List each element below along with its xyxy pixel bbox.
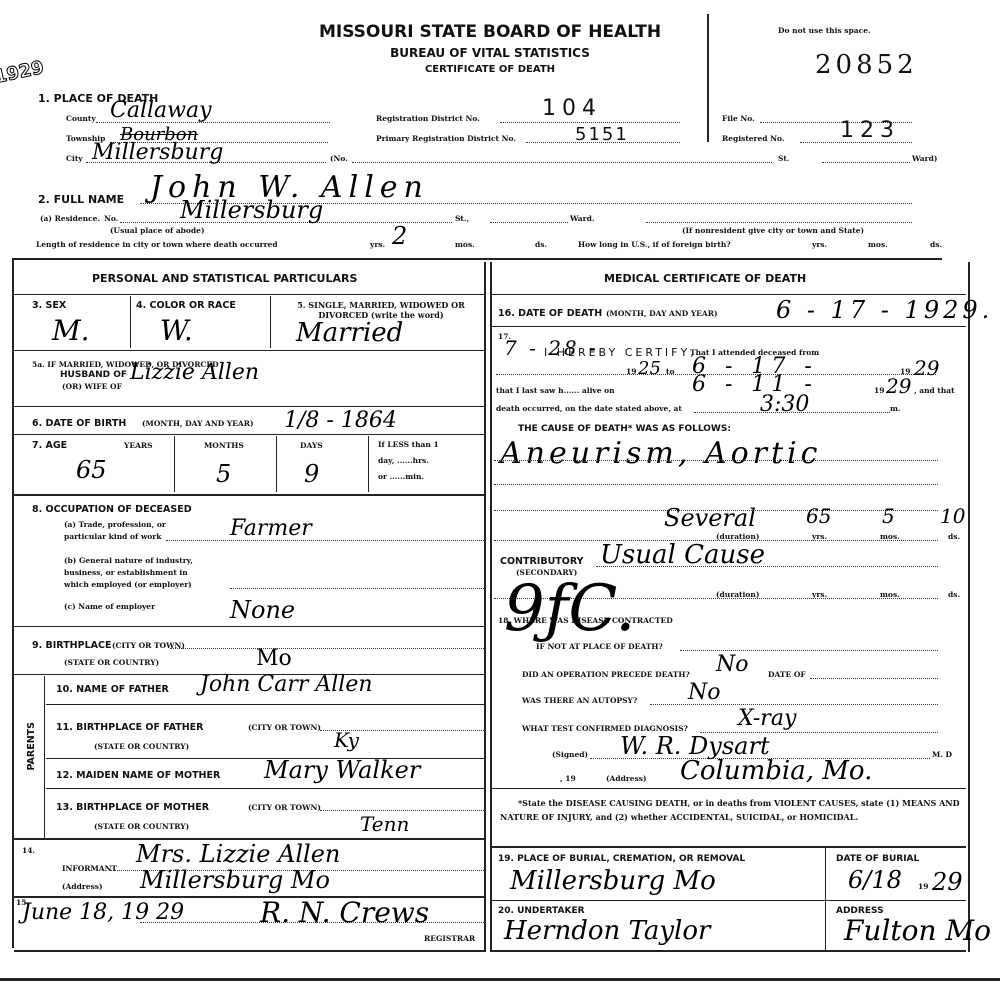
birthplace-state-value: Mo bbox=[256, 646, 292, 671]
years-label: YEARS bbox=[124, 441, 153, 450]
physician-address-label: (Address) bbox=[606, 774, 647, 783]
father-birthplace-label: 11. BIRTHPLACE OF FATHER bbox=[56, 722, 204, 733]
do-not-use-label: Do not use this space. bbox=[778, 26, 871, 35]
mother-birthplace-sub: (CITY OR TOWN) bbox=[248, 803, 321, 812]
from-year-label: 19 bbox=[626, 367, 636, 376]
industry-label-3: which employed (or employer) bbox=[64, 580, 192, 589]
md-label: M. D bbox=[932, 750, 952, 759]
duration-value: Several bbox=[664, 504, 756, 532]
sex-label: 3. SEX bbox=[32, 300, 66, 311]
less-than-label-3: or ......min. bbox=[378, 472, 424, 481]
mother-value: Mary Walker bbox=[264, 756, 420, 784]
dod-sub-label: (MONTH, DAY AND YEAR) bbox=[606, 309, 718, 318]
informant-name: Mrs. Lizzie Allen bbox=[136, 840, 340, 868]
years-value: 65 bbox=[76, 456, 107, 484]
parents-side-label: PARENTS bbox=[26, 722, 37, 771]
no-label: (No. bbox=[330, 154, 348, 163]
reg-district-label: Registration District No. bbox=[376, 114, 480, 123]
days-label: DAYS bbox=[300, 441, 323, 450]
duration-ds: 10 bbox=[940, 504, 965, 528]
dob-label: 6. DATE OF BIRTH bbox=[32, 418, 126, 429]
informant-number: 14. bbox=[22, 846, 35, 855]
signature-mark: 9ƒC. bbox=[504, 572, 635, 646]
nonresident-note: (If nonresident give city or town and St… bbox=[682, 226, 864, 235]
father-state-value: Ky bbox=[334, 728, 359, 752]
ds-label-2: ds. bbox=[948, 590, 960, 599]
medical-section-title: MEDICAL CERTIFICATE OF DEATH bbox=[604, 272, 806, 285]
father-state-label: (STATE OR COUNTRY) bbox=[94, 742, 189, 751]
days-value: 9 bbox=[304, 460, 319, 488]
residence-value: Millersburg bbox=[180, 196, 323, 224]
physician-address: Columbia, Mo. bbox=[680, 756, 872, 786]
bureau-title: BUREAU OF VITAL STATISTICS bbox=[270, 46, 710, 60]
autopsy-value: No bbox=[688, 680, 721, 705]
informant-label: INFORMANT bbox=[62, 864, 117, 873]
if-not-label: IF NOT AT PLACE OF DEATH? bbox=[536, 642, 663, 651]
and-that-label: , and that bbox=[914, 386, 955, 395]
birthplace-label: 9. BIRTHPLACE bbox=[32, 640, 111, 651]
full-name-label: 2. FULL NAME bbox=[38, 193, 124, 206]
father-value: John Carr Allen bbox=[200, 672, 373, 697]
usual-place-label: (Usual place of abode) bbox=[110, 226, 205, 235]
sex-value: M. bbox=[52, 314, 90, 347]
attended-from: 7 - 28 - bbox=[504, 336, 599, 360]
burial-place-label: 19. PLACE OF BURIAL, CREMATION, OR REMOV… bbox=[498, 854, 745, 864]
duration-mos: 5 bbox=[882, 504, 895, 528]
registered-no-label: Registered No. bbox=[722, 134, 784, 143]
file-no-label: File No. bbox=[722, 114, 755, 123]
trade-label-2: particular kind of work bbox=[64, 532, 161, 541]
industry-label-1: (b) General nature of industry, bbox=[64, 556, 193, 565]
mother-birthplace-label: 13. BIRTHPLACE OF MOTHER bbox=[56, 802, 209, 813]
reg-district-value: 104 bbox=[542, 96, 602, 121]
last-saw-year-label: 19 bbox=[874, 386, 884, 395]
trade-label-1: (a) Trade, profession, or bbox=[64, 520, 166, 529]
undertaker-label: 20. UNDERTAKER bbox=[498, 906, 585, 916]
where-contracted-label: 18. WHERE WAS DISEASE CONTRACTED bbox=[498, 616, 673, 625]
last-saw-label: that I last saw h...... alive on bbox=[496, 386, 615, 395]
st-label: St. bbox=[778, 154, 790, 163]
autopsy-label: WAS THERE AN AUTOPSY? bbox=[522, 696, 637, 705]
burial-place: Millersburg Mo bbox=[510, 866, 716, 896]
death-time: 3:30 bbox=[760, 392, 809, 417]
less-than-label-2: day, ......hrs. bbox=[378, 456, 429, 465]
yrs-label-2: yrs. bbox=[812, 590, 827, 599]
length-ds-label: ds. bbox=[535, 240, 547, 249]
registered-no-value: 123 bbox=[840, 118, 900, 143]
residence-no-label: No. bbox=[104, 214, 118, 223]
board-title: MISSOURI STATE BOARD OF HEALTH bbox=[270, 22, 710, 42]
primary-district-label: Primary Registration District No. bbox=[376, 134, 516, 143]
spouse-label-2: HUSBAND OF bbox=[60, 370, 127, 380]
ward-label: Ward) bbox=[912, 154, 937, 163]
dod-label: 16. DATE OF DEATH bbox=[498, 308, 602, 319]
dob-value: 1/8 - 1864 bbox=[284, 408, 397, 433]
test-value: X-ray bbox=[738, 706, 796, 731]
county-label: County bbox=[66, 114, 96, 123]
m-label: m. bbox=[890, 404, 901, 413]
yrs-label: yrs. bbox=[812, 532, 827, 541]
marital-value: Married bbox=[296, 318, 403, 348]
death-occurred-label: death occurred, on the date stated above… bbox=[496, 404, 682, 413]
spouse-label-3: (OR) WIFE OF bbox=[62, 382, 122, 391]
cause-line-1: Aneurism, Aortic bbox=[500, 436, 821, 471]
mos-label-2: mos. bbox=[880, 590, 900, 599]
informant-address-label: (Address) bbox=[62, 882, 103, 891]
mother-label: 12. MAIDEN NAME OF MOTHER bbox=[56, 770, 220, 781]
dob-sub-label: (MONTH, DAY AND YEAR) bbox=[142, 419, 254, 428]
residence-ward-label: Ward. bbox=[570, 214, 594, 223]
months-label: MONTHS bbox=[204, 441, 244, 450]
race-label: 4. COLOR OR RACE bbox=[136, 300, 236, 311]
spouse-value: Lizzie Allen bbox=[130, 360, 259, 385]
city-label: City bbox=[66, 154, 83, 163]
length-mos-label: mos. bbox=[455, 240, 475, 249]
burial-year: 29 bbox=[932, 868, 963, 896]
cause-footnote: *State the DISEASE CAUSING DEATH, or in … bbox=[500, 796, 960, 824]
ds-label: ds. bbox=[948, 532, 960, 541]
signed-label: (Signed) bbox=[552, 750, 588, 759]
burial-date-label: DATE OF BURIAL bbox=[836, 854, 919, 864]
less-than-label-1: If LESS than 1 bbox=[378, 440, 439, 449]
foreign-ds-label: ds. bbox=[930, 240, 942, 249]
registrar-name: R. N. Crews bbox=[260, 896, 429, 929]
birthplace-state-label: (STATE OR COUNTRY) bbox=[64, 658, 159, 667]
undertaker-value: Herndon Taylor bbox=[504, 916, 710, 946]
industry-label-2: business, or establishment in bbox=[64, 568, 188, 577]
last-saw-year: 29 bbox=[886, 374, 911, 398]
certificate-title: CERTIFICATE OF DEATH bbox=[270, 64, 710, 75]
duration-yrs: 65 bbox=[806, 504, 831, 528]
burial-date: 6/18 bbox=[848, 866, 902, 894]
length-yrs-label: yrs. bbox=[370, 240, 385, 249]
employer-value: None bbox=[230, 596, 295, 624]
foreign-yrs-label: yrs. bbox=[812, 240, 827, 249]
months-value: 5 bbox=[216, 460, 231, 488]
race-value: W. bbox=[160, 314, 193, 347]
city-value: Millersburg bbox=[92, 140, 223, 165]
mos-label: mos. bbox=[880, 532, 900, 541]
length-yrs-value: 2 bbox=[392, 222, 407, 250]
length-residence-label: Length of residence in city or town wher… bbox=[36, 240, 278, 249]
father-birthplace-sub: (CITY OR TOWN) bbox=[248, 723, 321, 732]
to-label: to bbox=[666, 367, 674, 376]
date-of-label: DATE OF bbox=[768, 670, 806, 679]
residence-label: (a) Residence. bbox=[40, 214, 100, 223]
mother-state-label: (STATE OR COUNTRY) bbox=[94, 822, 189, 831]
operation-value: No bbox=[716, 652, 749, 677]
year-label: , 19 bbox=[560, 774, 576, 783]
cause-label: THE CAUSE OF DEATH* WAS AS FOLLOWS: bbox=[518, 424, 731, 434]
occupation-label: 8. OCCUPATION OF DECEASED bbox=[32, 504, 192, 515]
residence-st-label: St., bbox=[455, 214, 469, 223]
undertaker-address: Fulton Mo bbox=[844, 914, 991, 947]
year-stamp: 1929 bbox=[0, 57, 46, 88]
dod-value: 6 - 17 - 1929. bbox=[776, 296, 993, 324]
burial-year-label: 19 bbox=[918, 882, 928, 891]
foreign-birth-label: How long in U.S., if of foreign birth? bbox=[578, 240, 731, 249]
mother-state-value: Tenn bbox=[360, 812, 409, 836]
operation-label: DID AN OPERATION PRECEDE DEATH? bbox=[522, 670, 690, 679]
foreign-mos-label: mos. bbox=[868, 240, 888, 249]
certificate-number: 20852 bbox=[815, 50, 918, 80]
registrar-label: REGISTRAR bbox=[424, 934, 475, 943]
personal-section-title: PERSONAL AND STATISTICAL PARTICULARS bbox=[92, 272, 357, 285]
county-value: Callaway bbox=[110, 98, 212, 123]
primary-district-value: 5151 bbox=[575, 124, 629, 145]
from-year: 25 bbox=[638, 358, 661, 379]
to-year: 29 bbox=[914, 356, 939, 380]
trade-value: Farmer bbox=[230, 516, 312, 541]
age-label: 7. AGE bbox=[32, 440, 67, 451]
father-label: 10. NAME OF FATHER bbox=[56, 684, 169, 695]
employer-label: (c) Name of employer bbox=[64, 602, 155, 611]
contributory-label: CONTRIBUTORY bbox=[500, 556, 584, 567]
informant-address: Millersburg Mo bbox=[140, 866, 330, 894]
marital-label: 5. SINGLE, MARRIED, WIDOWED OR DIVORCED … bbox=[286, 300, 476, 320]
